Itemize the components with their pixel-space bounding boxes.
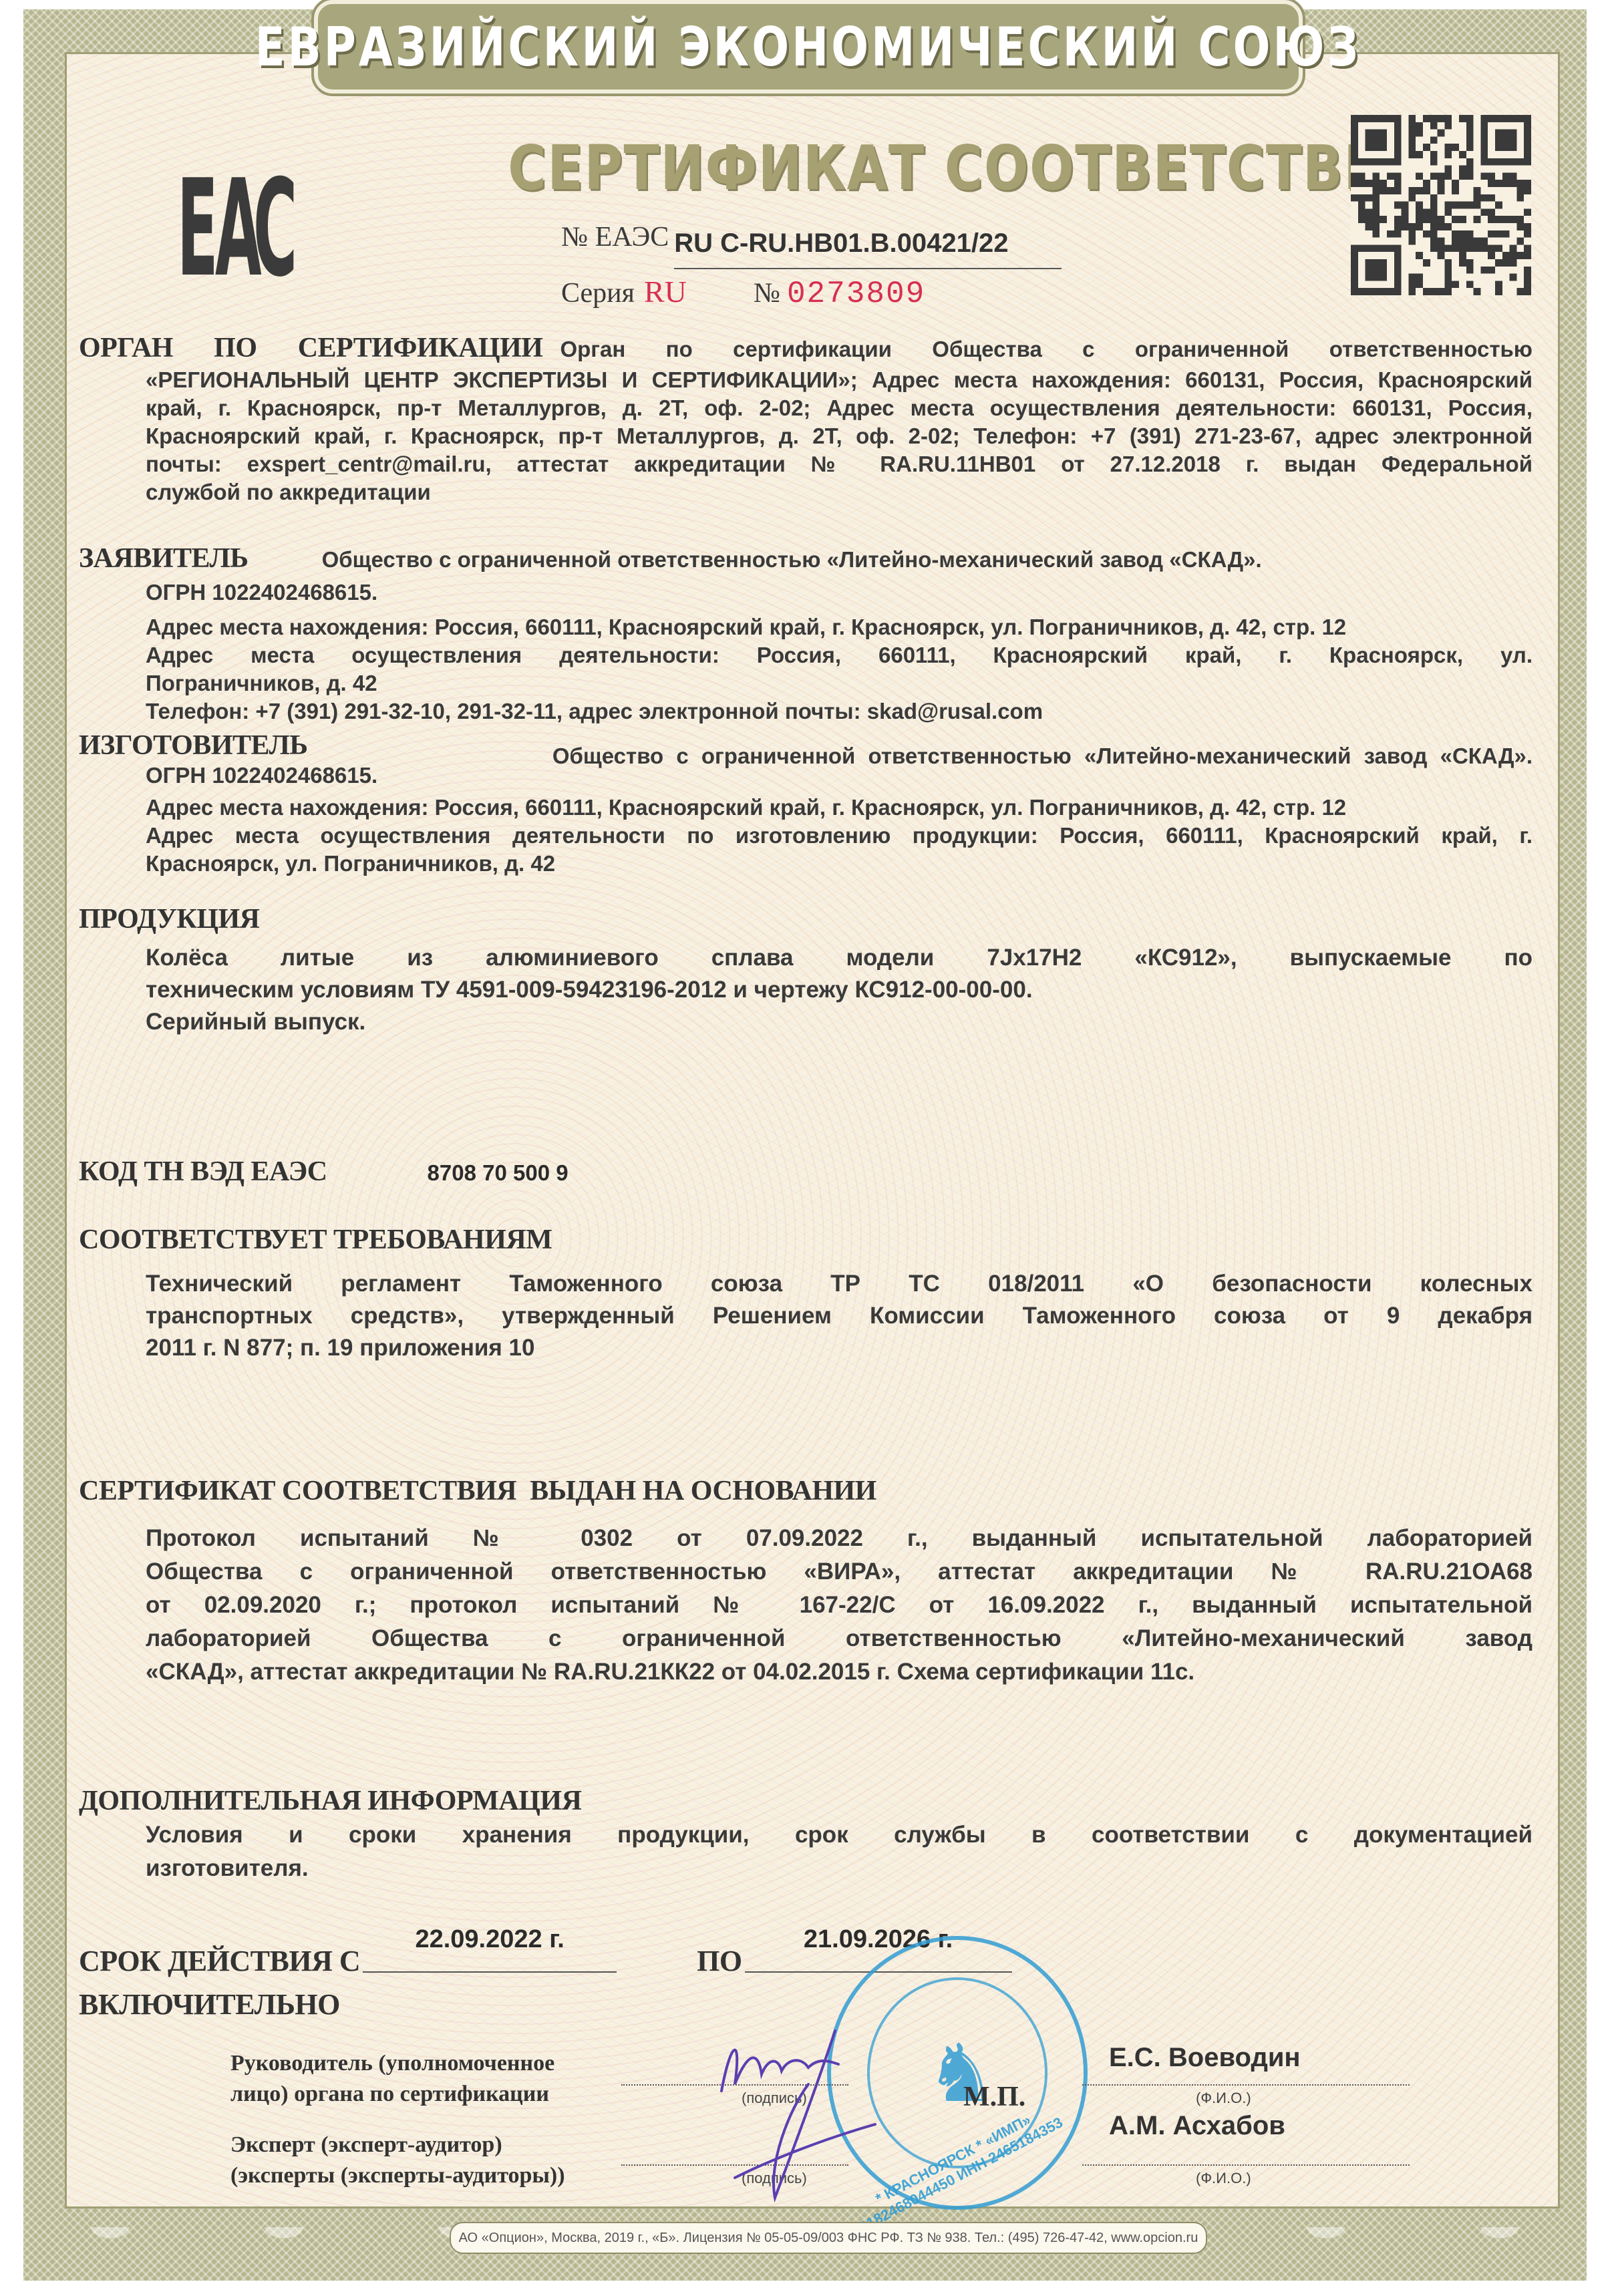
- expert-signatory-label-line: Эксперт (эксперт-аудитор): [230, 2130, 565, 2160]
- certification-body-line: Орган по сертификации Общества с огранич…: [560, 337, 1533, 361]
- applicant-name: Общество с ограниченной ответственностью…: [322, 546, 1262, 574]
- applicant-address-location: Адрес места нахождения: Россия, 660111, …: [146, 613, 1533, 641]
- certificate-number: RU C-RU.НВ01.В.00421/22: [674, 228, 1062, 269]
- union-banner-text: ЕВРАЗИЙСКИЙ ЭКОНОМИЧЕСКИЙ СОЮЗ: [255, 16, 1361, 78]
- certificate-title: СЕРТИФИКАТ СООТВЕТСТВИЯ: [508, 132, 1116, 204]
- hs-code-section: КОД ТН ВЭД ЕАЭС 8708 70 500 9: [79, 1156, 1533, 1188]
- expert-signatory-label: Эксперт (эксперт-аудитор) (эксперты (экс…: [230, 2130, 565, 2191]
- head-signatory-label-line: Руководитель (уполномоченное: [230, 2048, 554, 2079]
- manufacturer-address-location: Адрес места нахождения: Россия, 660111, …: [146, 794, 1533, 822]
- basis-line: Общества с ограниченной ответственностью…: [146, 1555, 1533, 1589]
- certification-body-line: почты: exspert_centr@mail.ru, аттестат а…: [146, 450, 1533, 478]
- applicant-contacts: Телефон: +7 (391) 291-32-10, 291-32-11, …: [146, 697, 1533, 725]
- additional-info-line: изготовителя.: [146, 1852, 1533, 1885]
- certification-body-line: службой по аккредитации: [146, 478, 1533, 506]
- additional-info-section: ДОПОЛНИТЕЛЬНАЯ ИНФОРМАЦИЯ Условия и срок…: [79, 1785, 1533, 1885]
- number-label: № ЕАЭС: [561, 221, 669, 253]
- applicant-address-activity: Адрес места осуществления деятельности: …: [146, 641, 1533, 669]
- basis-heading: СЕРТИФИКАТ СООТВЕТСТВИЯ ВЫДАН НА ОСНОВАН…: [79, 1475, 1533, 1507]
- manufacturer-address-production-cont: Красноярск, ул. Пограничников, д. 42: [146, 850, 1533, 878]
- hs-code-heading: КОД ТН ВЭД ЕАЭС: [79, 1156, 327, 1188]
- blank-number-value: 0273809: [787, 277, 925, 311]
- certification-body-section: ОРГАН ПО СЕРТИФИКАЦИИОрган по сертификац…: [79, 334, 1533, 506]
- manufacturer-name: Общество с ограниченной ответственностью…: [552, 742, 1533, 770]
- applicant-section: ЗАЯВИТЕЛЬ Общество с ограниченной ответс…: [79, 542, 1533, 725]
- conformity-line: транспортных средств», утвержденный Реше…: [146, 1300, 1533, 1332]
- head-name-caption: (Ф.И.О.): [1196, 2090, 1251, 2107]
- applicant-address-activity-cont: Пограничников, д. 42: [146, 669, 1533, 697]
- certification-body-details: «РЕГИОНАЛЬНЫЙ ЦЕНТР ЭКСПЕРТИЗЫ И СЕРТИФИ…: [79, 366, 1533, 506]
- union-banner: ЕВРАЗИЙСКИЙ ЭКОНОМИЧЕСКИЙ СОЮЗ: [314, 0, 1303, 94]
- applicant-heading: ЗАЯВИТЕЛЬ: [79, 542, 249, 575]
- series-label: Серия: [561, 277, 635, 309]
- expert-signatory-name: А.М. Асхабов: [1109, 2111, 1285, 2141]
- manufacturer-section: ИЗГОТОВИТЕЛЬ Общество с ограниченной отв…: [79, 729, 1533, 878]
- head-signatory-name: Е.С. Воеводин: [1109, 2043, 1301, 2073]
- validity-from-date: 22.09.2022 г.: [415, 1925, 564, 1953]
- conformity-line: Технический регламент Таможенного союза …: [146, 1268, 1533, 1300]
- certification-body-line: «РЕГИОНАЛЬНЫЙ ЦЕНТР ЭКСПЕРТИЗЫ И СЕРТИФИ…: [146, 366, 1533, 394]
- basis-line: от 02.09.2020 г.; протокол испытаний № 1…: [146, 1589, 1533, 1622]
- hs-code-value: 8708 70 500 9: [428, 1160, 569, 1186]
- head-name-line: [1082, 2084, 1410, 2086]
- manufacturer-heading: ИЗГОТОВИТЕЛЬ: [79, 729, 308, 762]
- conformity-section: СООТВЕТСТВУЕТ ТРЕБОВАНИЯМ Технический ре…: [79, 1224, 1533, 1364]
- handwritten-signature-icon: [695, 2011, 895, 2204]
- certification-body-line: Красноярский край, г. Красноярск, пр-т М…: [146, 422, 1533, 450]
- product-description: Колёса литые из алюминиевого сплава моде…: [146, 942, 1533, 974]
- basis-line: «СКАД», аттестат аккредитации № RA.RU.21…: [146, 1655, 1533, 1689]
- eac-letter: А: [215, 179, 232, 279]
- product-section: ПРОДУКЦИЯ Колёса литые из алюминиевого с…: [79, 903, 1533, 1038]
- certification-body-heading: ОРГАН ПО СЕРТИФИКАЦИИ: [79, 333, 542, 363]
- blank-number-label: №: [754, 277, 780, 309]
- product-spec: техническим условиям ТУ 4591-009-5942319…: [146, 974, 1533, 1006]
- validity-from-field: 22.09.2022 г.: [363, 1943, 617, 1973]
- eac-logo-icon: Е А С: [177, 179, 291, 279]
- head-signatory-label-line: лицо) органа по сертификации: [230, 2079, 554, 2110]
- validity-to-label: ПО: [697, 1944, 742, 1978]
- printer-info: АО «Опцион», Москва, 2019 г., «Б». Лицен…: [450, 2222, 1207, 2254]
- certification-body-line: край, г. Красноярск, пр-т Металлургов, д…: [146, 394, 1533, 422]
- series-row: Серия RU № 0273809: [561, 274, 925, 311]
- eac-letter: С: [253, 179, 270, 279]
- seal-placeholder-label: М.П.: [963, 2081, 1025, 2113]
- eac-letter: Е: [177, 179, 194, 279]
- expert-name-line: [1082, 2164, 1410, 2166]
- conformity-line: 2011 г. N 877; п. 19 приложения 10: [146, 1332, 1533, 1364]
- conformity-heading: СООТВЕТСТВУЕТ ТРЕБОВАНИЯМ: [79, 1224, 1533, 1256]
- applicant-ogrn: ОГРН 1022402468615.: [146, 579, 1533, 607]
- additional-info-heading: ДОПОЛНИТЕЛЬНАЯ ИНФОРМАЦИЯ: [79, 1785, 1533, 1817]
- qr-code-icon[interactable]: [1351, 115, 1531, 295]
- product-heading: ПРОДУКЦИЯ: [79, 903, 1533, 935]
- expert-signatory-label-line: (эксперты (эксперты-аудиторы)): [230, 2160, 565, 2191]
- additional-info-line: Условия и сроки хранения продукции, срок…: [146, 1818, 1533, 1852]
- product-release-type: Серийный выпуск.: [146, 1006, 1533, 1038]
- validity-from-label: СРОК ДЕЙСТВИЯ С: [79, 1944, 360, 1978]
- certificate-number-row: № ЕАЭС RU C-RU.НВ01.В.00421/22: [561, 212, 1062, 253]
- basis-line: лабораторией Общества с ограниченной отв…: [146, 1622, 1533, 1655]
- basis-section: СЕРТИФИКАТ СООТВЕТСТВИЯ ВЫДАН НА ОСНОВАН…: [79, 1475, 1533, 1689]
- head-signatory-label: Руководитель (уполномоченное лицо) орган…: [230, 2048, 554, 2110]
- expert-name-caption: (Ф.И.О.): [1196, 2170, 1251, 2187]
- series-value: RU: [644, 274, 687, 309]
- basis-line: Протокол испытаний № 0302 от 07.09.2022 …: [146, 1522, 1533, 1555]
- manufacturer-address-production: Адрес места осуществления деятельности п…: [146, 822, 1533, 850]
